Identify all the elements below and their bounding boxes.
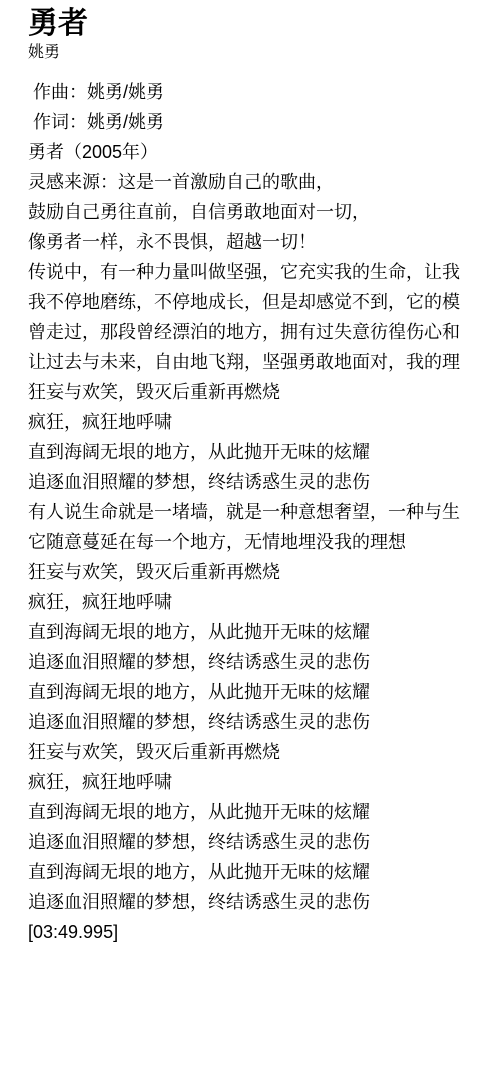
lyric-line: 灵感来源：这是一首激励自己的歌曲，: [28, 167, 500, 197]
artist-name: 姚勇: [28, 42, 500, 64]
lyric-line: 作曲：姚勇/姚勇: [28, 77, 500, 107]
lyric-line: 追逐血泪照耀的梦想，终结诱惑生灵的悲伤: [28, 827, 500, 857]
lyric-line: 直到海阔无垠的地方，从此抛开无味的炫耀: [28, 857, 500, 887]
lyrics-page: 勇者 姚勇 作曲：姚勇/姚勇 作词：姚勇/姚勇勇者（2005年）灵感来源：这是一…: [0, 0, 500, 1090]
lyric-line: [03:49.995]: [28, 917, 500, 947]
lyric-line: 直到海阔无垠的地方，从此抛开无味的炫耀: [28, 677, 500, 707]
lyric-line: 直到海阔无垠的地方，从此抛开无味的炫耀: [28, 797, 500, 827]
lyric-line: 追逐血泪照耀的梦想，终结诱惑生灵的悲伤: [28, 467, 500, 497]
lyric-line: 追逐血泪照耀的梦想，终结诱惑生灵的悲伤: [28, 647, 500, 677]
lyric-line: 疯狂，疯狂地呼啸: [28, 767, 500, 797]
lyric-line: 狂妄与欢笑，毁灭后重新再燃烧: [28, 737, 500, 767]
lyric-line: 疯狂，疯狂地呼啸: [28, 407, 500, 437]
lyric-line: 有人说生命就是一堵墙，就是一种意想奢望，一种与生: [28, 497, 500, 527]
lyric-line: 狂妄与欢笑，毁灭后重新再燃烧: [28, 377, 500, 407]
lyric-line: 直到海阔无垠的地方，从此抛开无味的炫耀: [28, 437, 500, 467]
lyric-line: 疯狂，疯狂地呼啸: [28, 587, 500, 617]
lyric-line: 鼓励自己勇往直前，自信勇敢地面对一切，: [28, 197, 500, 227]
lyric-line: 追逐血泪照耀的梦想，终结诱惑生灵的悲伤: [28, 887, 500, 917]
lyric-line: 我不停地磨练，不停地成长，但是却感觉不到，它的模: [28, 287, 500, 317]
lyric-line: 直到海阔无垠的地方，从此抛开无味的炫耀: [28, 617, 500, 647]
lyric-line: 勇者（2005年）: [28, 137, 500, 167]
lyric-line: 像勇者一样，永不畏惧，超越一切！: [28, 227, 500, 257]
lyric-line: 追逐血泪照耀的梦想，终结诱惑生灵的悲伤: [28, 707, 500, 737]
lyric-line: 它随意蔓延在每一个地方，无情地埋没我的理想: [28, 527, 500, 557]
lyric-line: 狂妄与欢笑，毁灭后重新再燃烧: [28, 557, 500, 587]
lyrics-list: 作曲：姚勇/姚勇 作词：姚勇/姚勇勇者（2005年）灵感来源：这是一首激励自己的…: [28, 77, 500, 947]
lyric-line: 曾走过，那段曾经漂泊的地方，拥有过失意彷徨伤心和: [28, 317, 500, 347]
lyric-line: 传说中，有一种力量叫做坚强，它充实我的生命，让我: [28, 257, 500, 287]
lyric-line: 让过去与未来，自由地飞翔，坚强勇敢地面对，我的理: [28, 347, 500, 377]
lyric-line: 作词：姚勇/姚勇: [28, 107, 500, 137]
song-title: 勇者: [28, 6, 500, 42]
